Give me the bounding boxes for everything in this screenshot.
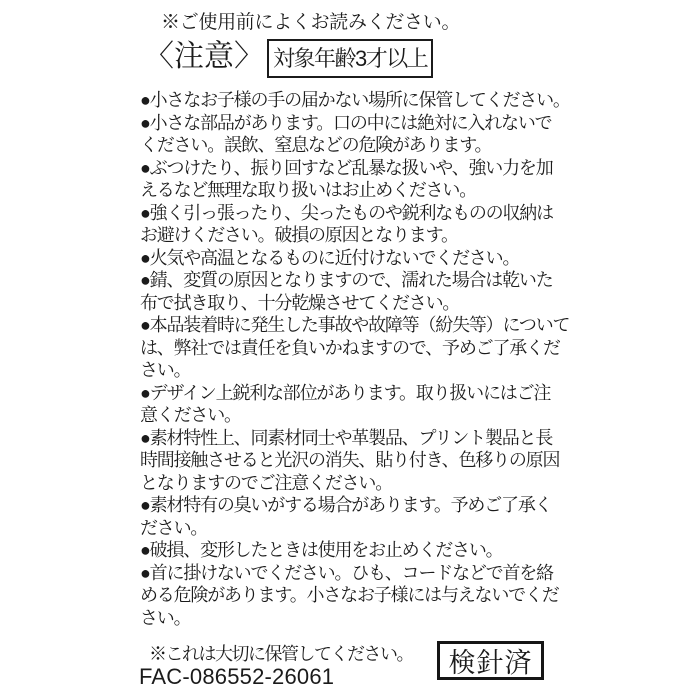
- warning-item-rust-moisture: ●錆、変質の原因となりますので、濡れた場合は乾いた 布で拭き取り、十分乾燥させて…: [140, 269, 592, 314]
- age-restriction-badge: 対象年齢3才以上: [267, 39, 433, 78]
- warning-item-damage-stop: ●破損、変形したときは使用をお止めください。: [140, 539, 592, 562]
- warning-item-rough-handling: ●ぶつけたり、振り回すなど乱暴な扱いや、強い力を加 えるなど無理な取り扱いはお止…: [140, 157, 592, 202]
- warning-item-liability: ●本品装着時に発生した事故や故障等（紛失等）について は、弊社では責任を負いかね…: [140, 314, 592, 382]
- warning-label-page: ※ご使用前によくお読みください。 〈注意〉 対象年齢3才以上 ●小さなお子様の手…: [0, 0, 700, 700]
- warning-item-neck-strangle: ●首に掛けないでください。ひも、コードなどで首を絡 める危険があります。小さなお…: [140, 562, 592, 630]
- warning-item-material-contact: ●素材特性上、同素材同士や革製品、プリント製品と長 時間接触させると光沢の消失、…: [140, 427, 592, 495]
- pre-use-notice: ※ご使用前によくお読みください。: [161, 7, 460, 34]
- warning-item-storage: ●小さなお子様の手の届かない場所に保管してください。: [140, 89, 592, 112]
- warning-item-fire-heat: ●火気や高温となるものに近付けないでください。: [140, 247, 592, 270]
- keep-note: ※これは大切に保管してください。: [149, 640, 413, 666]
- warning-item-sharp-storage: ●強く引っ張ったり、尖ったものや鋭利なものの収納は お避けください。破損の原因と…: [140, 202, 592, 247]
- caution-title: 〈注意〉: [144, 31, 264, 75]
- warning-item-material-odor: ●素材特有の臭いがする場合があります。予めご了承く ださい。: [140, 494, 592, 539]
- needle-inspection-stamp: 検針済: [437, 641, 544, 680]
- product-code: FAC-086552-26061: [139, 664, 334, 690]
- warning-list: ●小さなお子様の手の届かない場所に保管してください。 ●小さな部品があります。口…: [140, 89, 592, 629]
- warning-item-sharp-design: ●デザイン上鋭利な部位があります。取り扱いにはご注 意ください。: [140, 382, 592, 427]
- warning-item-small-parts: ●小さな部品があります。口の中には絶対に入れないで ください。誤飲、窒息などの危…: [140, 112, 592, 157]
